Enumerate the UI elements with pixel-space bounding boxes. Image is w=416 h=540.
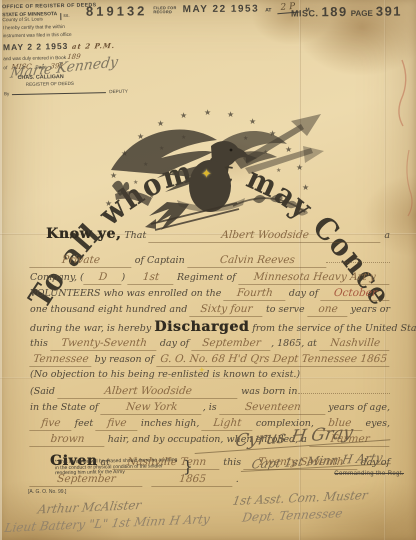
handwritten-entry: Seventeen — [219, 402, 326, 415]
printed-text: Company, ( — [30, 273, 84, 284]
svg-text:★: ★ — [296, 163, 303, 172]
discharge-certificate-scan: OFFICE OF REGISTER OF DEEDS STATE OF MIN… — [0, 0, 416, 540]
officer-rank-signature: Capt 1st Minn H Arty — [241, 451, 393, 472]
blackletter-word: Discharged — [154, 320, 249, 334]
printed-text: during the war, is hereby — [30, 324, 154, 335]
document-line: (Said Albert Woodside was born in — [30, 384, 390, 399]
document-line: this Twenty-Seventh day of September, 18… — [30, 338, 390, 351]
document-line: in the State of New York, is Seventeen y… — [30, 402, 390, 415]
document-line: Private of Captain Calvin Reeves — [30, 253, 390, 268]
printed-text: years of age, — [325, 403, 390, 414]
certify-line: instrument was filed in this office — [3, 31, 127, 40]
page-label: PAGE — [351, 9, 373, 18]
printed-text: years or — [348, 305, 390, 316]
printed-text: in the State of — [30, 403, 101, 414]
handwritten-entry: brown — [29, 434, 105, 447]
handwritten-entry: Calvin Reeves — [187, 255, 327, 268]
handwritten-entry: five — [29, 418, 72, 431]
filing-stamp: 819132 FILED FOR RECORD MAY 22 1953 AT 2… — [86, 2, 310, 19]
printed-text: (Said — [30, 387, 58, 398]
printed-text: , is — [203, 403, 220, 414]
printed-text: day of — [157, 339, 192, 350]
svg-text:★: ★ — [227, 110, 234, 119]
handwritten-entry: 1st — [128, 272, 175, 285]
printed-text: from the service of the United States, — [249, 324, 416, 335]
handwritten-entry: Tennessee — [29, 354, 92, 367]
printed-text: Regiment of — [174, 273, 239, 284]
printed-text — [143, 475, 152, 486]
printed-text: of Captain — [132, 256, 188, 267]
county-label: County of St. Louis — [2, 17, 57, 24]
blank-line — [326, 253, 390, 263]
printed-text: VOLUNTEERS who was enrolled on the — [30, 289, 224, 300]
printed-text: by reason of — [92, 355, 157, 366]
printed-text: feet — [72, 419, 97, 430]
document-line: VOLUNTEERS who was enrolled on the Fourt… — [30, 288, 390, 301]
ss-label: ss. — [60, 13, 70, 19]
at-label: AT — [265, 7, 271, 13]
page-number: 391 — [376, 4, 402, 19]
handwritten-entry: Private — [29, 255, 132, 268]
document-line: during the war, is hereby Discharged fro… — [30, 320, 390, 335]
ago-reference: [A. G. O. No. 99.] — [28, 489, 66, 495]
pencil-annotations: Arthur McAlister 1st Asst. Com. Muster L… — [15, 486, 402, 538]
pencil-note: Dept. Tennessee — [241, 506, 344, 528]
document-line: Company, (D) 1st Regiment of Minnesota H… — [30, 272, 390, 285]
svg-text:★: ★ — [285, 145, 292, 154]
printed-text: a — [381, 231, 390, 242]
officer-signature-block: Cyrus H Gray Capt 1st Minn H Arty Comman… — [196, 429, 404, 477]
svg-text:★: ★ — [276, 167, 281, 174]
svg-text:★: ★ — [204, 108, 211, 117]
printed-text: one thousand eight hundred and — [30, 305, 190, 316]
printed-text: That — [121, 231, 149, 242]
svg-text:★: ★ — [110, 171, 117, 180]
blackletter-word: Know ye, — [46, 227, 121, 241]
filing-date: MAY 22 1953 — [183, 4, 260, 16]
svg-text:★: ★ — [180, 111, 187, 120]
handwritten-entry: D — [83, 272, 122, 285]
document-line: Know ye, That Albert Woodside a — [30, 227, 390, 243]
svg-text:★: ★ — [133, 179, 138, 186]
printed-text: to serve — [263, 305, 308, 316]
book-number: 189 — [321, 4, 347, 19]
handwritten-entry: Albert Woodside — [57, 386, 238, 399]
document-line: (No objection to his being re-enlisted i… — [30, 370, 390, 381]
handwritten-entry: Fourth — [224, 288, 287, 301]
svg-text:★: ★ — [302, 183, 309, 192]
book-page-stamp: MISC. 189 PAGE 391 — [291, 4, 402, 20]
document-number: 819132 — [86, 3, 147, 18]
misc-label: MISC. — [291, 8, 319, 18]
printed-text: was born in — [238, 387, 297, 398]
printed-text: , 1865, at — [271, 339, 320, 350]
document-line: one thousand eight hundred and Sixty fou… — [30, 304, 390, 317]
filed-for-record-label: FILED FOR RECORD — [153, 6, 176, 15]
handwritten-entry: one — [307, 304, 348, 317]
footnote-text: * This sentence will be erased should th… — [55, 458, 181, 477]
handwritten-entry: five — [96, 418, 139, 431]
handwritten-entry: Twenty-Seventh — [50, 338, 157, 351]
printed-text: day of — [286, 289, 321, 300]
gold-star-sticker: ✦ — [201, 167, 212, 182]
commanding-label: Commanding the Regt. — [196, 471, 404, 477]
printed-text: this — [30, 339, 51, 350]
svg-text:★: ★ — [157, 119, 164, 128]
handwritten-entry: Minnesota Heavy Art'y — [238, 272, 391, 285]
handwritten-entry-red: October — [321, 288, 391, 301]
certify-line: I hereby certify that the within — [2, 23, 126, 32]
handwritten-entry: Nashville — [319, 338, 390, 351]
footnote-brace: } — [183, 457, 194, 476]
svg-text:★: ★ — [249, 117, 256, 126]
footnote: * This sentence will be erased should th… — [55, 457, 193, 478]
document-line: Tennessee by reason of G. O. No. 68 H'd … — [30, 354, 390, 367]
printed-text: (No objection to his being re-enlisted i… — [30, 370, 300, 381]
printed-text: inches high, — [138, 419, 203, 430]
handwritten-entry: September — [192, 338, 272, 351]
handwritten-entry: Albert Woodside — [149, 230, 382, 243]
handwritten-entry: G. O. No. 68 H'd Qrs Dept Tennessee 1865 — [156, 354, 390, 367]
handwritten-entry: Sixty four — [190, 304, 264, 317]
handwritten-entry: New York — [101, 402, 204, 415]
blank-line — [298, 384, 391, 394]
svg-text:★: ★ — [105, 199, 112, 208]
